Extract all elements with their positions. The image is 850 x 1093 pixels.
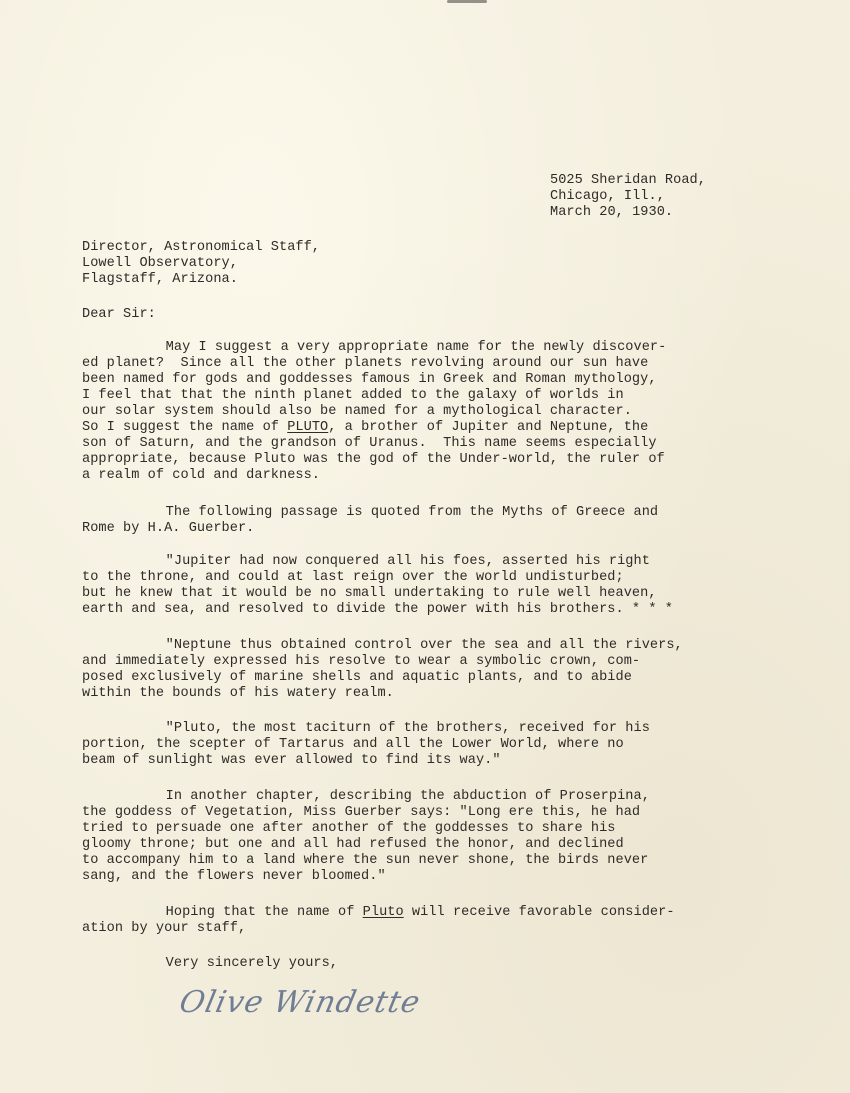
pluto-emphasis: PLUTO: [287, 420, 328, 435]
quote-line: but he knew that it would be no small un…: [82, 586, 657, 602]
address-line: 5025 Sheridan Road,: [550, 173, 706, 189]
date-line: March 20, 1930.: [550, 205, 673, 221]
body-line: Hoping that the name of Pluto will recei…: [100, 905, 675, 921]
body-line: the goddess of Vegetation, Miss Guerber …: [82, 805, 640, 821]
body-line: ed planet? Since all the other planets r…: [82, 356, 648, 372]
pluto-emphasis: Pluto: [363, 905, 404, 920]
quote-line: portion, the scepter of Tartarus and all…: [82, 737, 624, 753]
body-text: , a brother of Jupiter and Neptune, the: [328, 420, 648, 435]
address-line: Chicago, Ill.,: [550, 189, 665, 205]
quote-line: and immediately expressed his resolve to…: [82, 654, 640, 670]
quote-line: within the bounds of his watery realm.: [82, 686, 394, 702]
quote-line: beam of sunlight was ever allowed to fin…: [82, 753, 501, 769]
body-line: son of Saturn, and the grandson of Uranu…: [82, 436, 657, 452]
body-line: appropriate, because Pluto was the god o…: [82, 452, 665, 468]
letter-page: 5025 Sheridan Road, Chicago, Ill., March…: [0, 0, 850, 1093]
body-line: I feel that that the ninth planet added …: [82, 388, 624, 404]
paper-mark: [447, 0, 487, 3]
body-line: tried to persuade one after another of t…: [82, 821, 616, 837]
quote-line: posed exclusively of marine shells and a…: [82, 670, 632, 686]
body-line: gloomy throne; but one and all had refus…: [82, 837, 624, 853]
body-line: our solar system should also be named fo…: [82, 404, 632, 420]
handwritten-signature: Olive Windette: [176, 985, 424, 1020]
body-line: ation by your staff,: [82, 921, 246, 937]
body-line: May I suggest a very appropriate name fo…: [100, 340, 666, 356]
salutation: Dear Sir:: [82, 307, 156, 323]
body-line: to accompany him to a land where the sun…: [82, 853, 648, 869]
body-line: a realm of cold and darkness.: [82, 468, 320, 484]
recipient-line: Lowell Observatory,: [82, 256, 238, 272]
body-line: been named for gods and goddesses famous…: [82, 372, 657, 388]
body-text: Hoping that the name of: [100, 905, 363, 920]
quote-line: to the throne, and could at last reign o…: [82, 570, 624, 586]
quote-line: "Pluto, the most taciturn of the brother…: [100, 721, 650, 737]
recipient-line: Director, Astronomical Staff,: [82, 240, 320, 256]
body-line: sang, and the flowers never bloomed.": [82, 869, 386, 885]
body-text: will receive favorable consider-: [404, 905, 675, 920]
body-line: Rome by H.A. Guerber.: [82, 521, 254, 537]
body-text: So I suggest the name of: [82, 420, 287, 435]
body-line: In another chapter, describing the abduc…: [100, 789, 650, 805]
complimentary-close: Very sincerely yours,: [100, 956, 338, 972]
recipient-line: Flagstaff, Arizona.: [82, 272, 238, 288]
body-line: So I suggest the name of PLUTO, a brothe…: [82, 420, 648, 436]
body-line: The following passage is quoted from the…: [100, 505, 658, 521]
quote-line: "Neptune thus obtained control over the …: [100, 638, 683, 654]
quote-line: earth and sea, and resolved to divide th…: [82, 602, 673, 618]
quote-line: "Jupiter had now conquered all his foes,…: [100, 554, 650, 570]
